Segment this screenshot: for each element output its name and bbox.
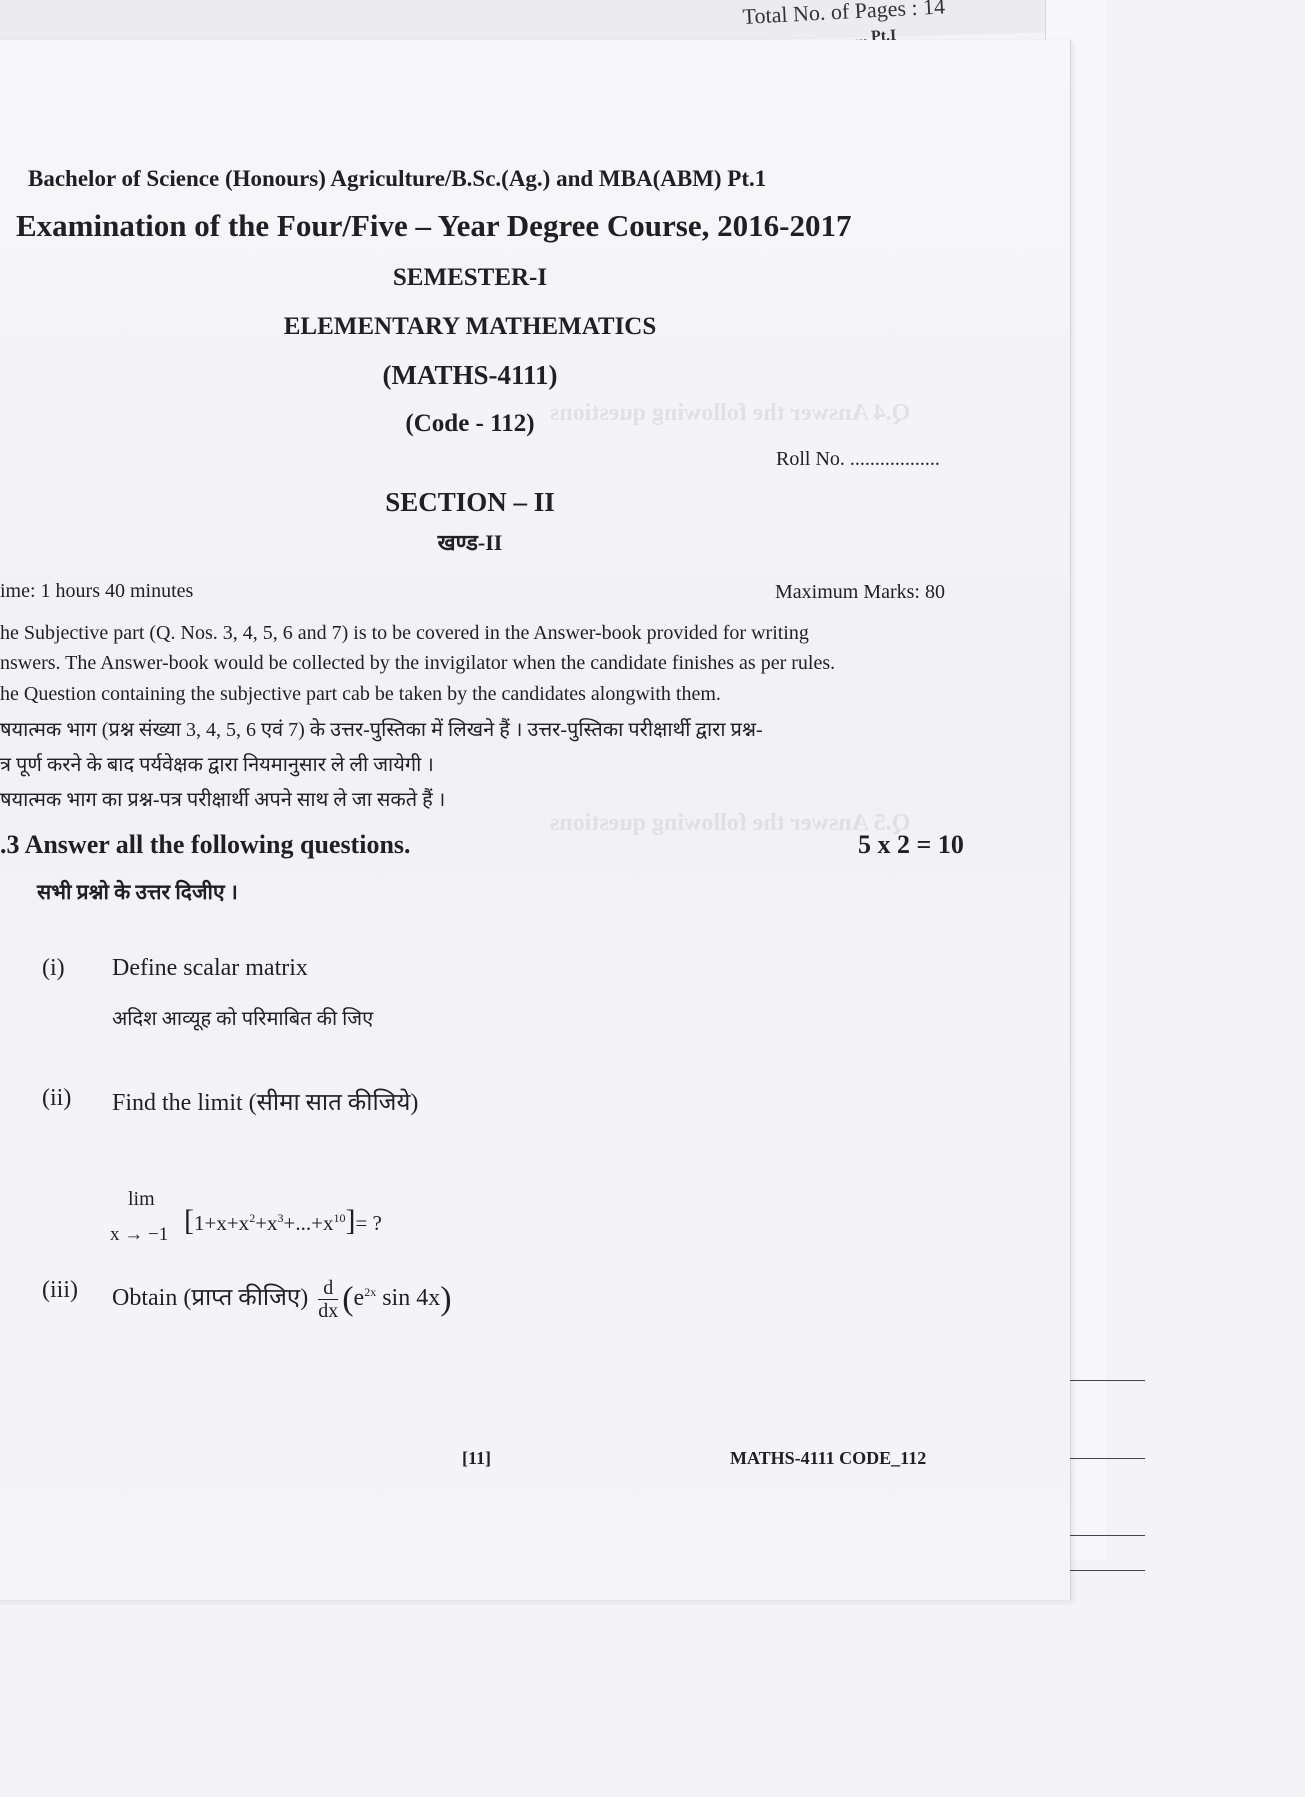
question-3-marks: 5 x 2 = 10 [858,830,964,860]
part-text: Define scalar matrix [112,955,308,982]
programme-title: Bachelor of Science (Honours) Agricultur… [28,166,766,192]
part-text-hindi: अदिश आव्यूह को परिमाबित की जिए [112,1004,373,1031]
derivative-operator: ddx [318,1277,338,1322]
maximum-marks: Maximum Marks: 80 [775,581,945,604]
instruction-line: त्र पूर्ण करने के बाद पर्यवेक्षक द्वारा … [0,750,434,777]
subject: ELEMENTARY MATHEMATICS [0,313,950,341]
time-allowed: ime: 1 hours 40 minutes [0,580,193,603]
exam-page: Q.4 Answer the following questions Q.5 A… [0,40,1071,1600]
page-number: [11] [462,1448,491,1469]
part-text: Obtain (प्राप्त कीजिए) [112,1285,308,1311]
derivative-question: Obtain (प्राप्त कीजिए) ddx(e2x sin 4x) [112,1277,452,1322]
limit-body: [1+x+x2+x3+...+x10]= ? [184,1204,382,1238]
lim-label: lim [128,1188,155,1211]
code: (Code - 112) [0,410,950,438]
instruction-line: he Subjective part (Q. Nos. 3, 4, 5, 6 a… [0,622,809,645]
instruction-line: षयात्मक भाग का प्रश्न-पत्र परीक्षार्थी अ… [0,785,445,812]
part-number: (iii) [42,1277,78,1304]
instruction-line: षयात्मक भाग (प्रश्न संख्या 3, 4, 5, 6 एव… [0,715,763,742]
question-3-title-hindi: सभी प्रश्नो के उत्तर दिजीए । [37,878,238,906]
lim-subscript: x → −1 [110,1224,168,1246]
instruction-line: he Question containing the subjective pa… [0,683,721,706]
footer-paper-code: MATHS-4111 CODE_112 [730,1448,926,1469]
course-code: (MATHS-4111) [0,360,950,391]
section-title: SECTION – II [0,487,950,518]
question-3-title: .3 Answer all the following questions. [0,830,411,860]
semester: SEMESTER-I [0,264,950,292]
part-text: Find the limit (सीमा सात कीजिये) [112,1085,418,1118]
examination-title: Examination of the Four/Five – Year Degr… [16,208,851,244]
part-number: (i) [42,955,65,982]
roll-number-field: Roll No. .................. [776,448,940,471]
part-number: (ii) [42,1085,71,1112]
underlying-page-edges [1070,1380,1145,1600]
instruction-line: nswers. The Answer-book would be collect… [0,652,835,675]
section-title-hindi: खण्ड-II [0,527,950,557]
bleed-through-text: Q.5 Answer the following questions [550,810,910,837]
